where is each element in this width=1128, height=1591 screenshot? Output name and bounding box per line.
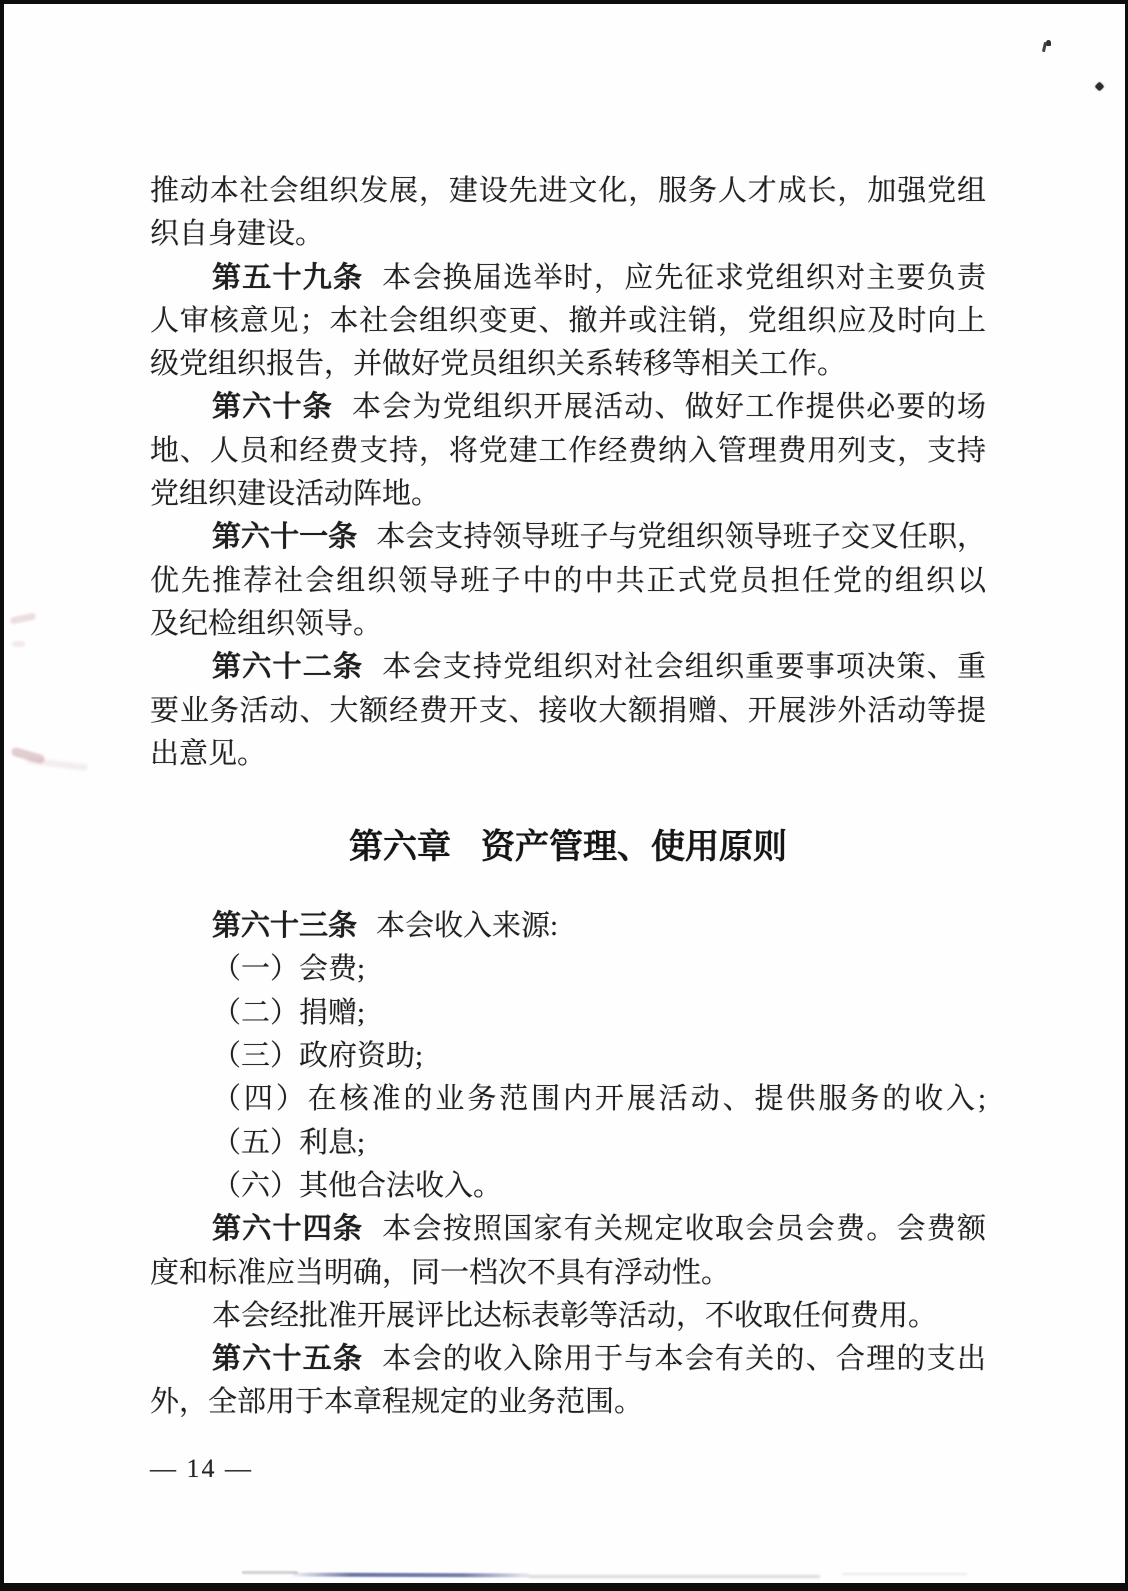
- text-line: 第六十条本会为党组织开展活动、做好工作提供必要的场: [150, 386, 986, 429]
- line-text: 本会为党组织开展活动、做好工作提供必要的场: [352, 391, 986, 423]
- text-line: 推动本社会组织发展，建设先进文化，服务人才成长，加强党组: [150, 170, 986, 213]
- text-line: 第六十二条本会支持党组织对社会组织重要事项决策、重: [150, 646, 986, 689]
- text-line: 织自身建设。: [150, 213, 986, 256]
- scan-artifact-smudge: [10, 746, 45, 764]
- text-line: （六）其他合法收入。: [150, 1165, 986, 1208]
- line-text: 要业务活动、大额经费开支、接收大额捐赠、开展涉外活动等提: [150, 695, 986, 727]
- chapter-heading: 第六章资产管理、使用原则: [150, 825, 986, 869]
- text-line: 本会经批准开展评比达标表彰等活动，不收取任何费用。: [150, 1295, 986, 1338]
- article-number: 第六十二条: [212, 651, 363, 683]
- text-line: 党组织建设活动阵地。: [150, 473, 986, 516]
- text-line: （二）捐赠;: [150, 992, 986, 1035]
- page-number: — 14 —: [150, 1451, 986, 1487]
- text-line: 外，全部用于本章程规定的业务范围。: [150, 1381, 986, 1424]
- scan-artifact-streak: [528, 1575, 820, 1578]
- scan-artifact-streak: [242, 1571, 298, 1574]
- scan-artifact-squiggle: [1042, 40, 1051, 54]
- text-line: 出意见。: [150, 733, 986, 776]
- line-text: 推动本社会组织发展，建设先进文化，服务人才成长，加强党组: [150, 175, 986, 207]
- line-text: 地、人员和经费支持，将党建工作经费纳入管理费用列支，支持: [150, 435, 986, 467]
- line-text: 本会按照国家有关规定收取会员会费。会费额: [382, 1213, 986, 1245]
- line-text: 本会收入来源:: [376, 910, 558, 942]
- line-text: 人审核意见；本社会组织变更、撤并或注销，党组织应及时向上: [150, 305, 986, 337]
- text-line: 人审核意见；本社会组织变更、撤并或注销，党组织应及时向上: [150, 300, 986, 343]
- line-text: 本会支持党组织对社会组织重要事项决策、重: [382, 651, 986, 683]
- document-text: 推动本社会组织发展，建设先进文化，服务人才成长，加强党组 织自身建设。 第五十九…: [150, 170, 986, 1487]
- text-line: 地、人员和经费支持，将党建工作经费纳入管理费用列支，支持: [150, 430, 986, 473]
- scan-artifact-dot: [1095, 82, 1105, 92]
- line-text: 外，全部用于本章程规定的业务范围。: [150, 1386, 643, 1418]
- line-text: （三）政府资助;: [212, 1040, 423, 1072]
- chapter-title: 资产管理、使用原则: [481, 828, 787, 866]
- text-line: 第六十三条本会收入来源:: [150, 905, 986, 948]
- article-number: 第六十三条: [212, 910, 357, 942]
- line-text: （四）在核准的业务范围内开展活动、提供服务的收入;: [212, 1083, 986, 1115]
- text-line: 级党组织报告，并做好党员组织关系转移等相关工作。: [150, 343, 986, 386]
- article-number: 第六十五条: [212, 1343, 363, 1375]
- line-text: 优先推荐社会组织领导班子中的中共正式党员担任党的组织以: [150, 565, 986, 597]
- line-text: 本会经批准开展评比达标表彰等活动，不收取任何费用。: [212, 1300, 937, 1332]
- article-number: 第六十条: [212, 391, 333, 423]
- text-line: （一）会费;: [150, 948, 986, 991]
- text-line: 度和标准应当明确，同一档次不具有浮动性。: [150, 1252, 986, 1295]
- scan-artifact-streak: [292, 1573, 529, 1578]
- line-text: 度和标准应当明确，同一档次不具有浮动性。: [150, 1257, 730, 1289]
- text-line: 要业务活动、大额经费开支、接收大额捐赠、开展涉外活动等提: [150, 690, 986, 733]
- article-number: 第六十四条: [212, 1213, 363, 1245]
- text-line: 第六十四条本会按照国家有关规定收取会员会费。会费额: [150, 1208, 986, 1251]
- article-number: 第六十一条: [212, 521, 357, 553]
- text-line: 第五十九条本会换届选举时，应先征求党组织对主要负责: [150, 257, 986, 300]
- line-text: 及纪检组织领导。: [150, 608, 382, 640]
- chapter-number: 第六章: [349, 828, 451, 866]
- scan-artifact-smudge: [10, 612, 37, 624]
- article-number: 第五十九条: [212, 262, 363, 294]
- line-text: 党组织建设活动阵地。: [150, 478, 440, 510]
- text-line: 第六十五条本会的收入除用于与本会有关的、合理的支出: [150, 1338, 986, 1381]
- text-line: 优先推荐社会组织领导班子中的中共正式党员担任党的组织以: [150, 560, 986, 603]
- document-page: 推动本社会组织发展，建设先进文化，服务人才成长，加强党组 织自身建设。 第五十九…: [0, 0, 1128, 1591]
- line-text: 本会支持领导班子与党组织领导班子交叉任职，: [376, 521, 986, 553]
- line-text: 级党组织报告，并做好党员组织关系转移等相关工作。: [150, 348, 846, 380]
- line-text: 织自身建设。: [150, 218, 324, 250]
- text-line: 及纪检组织领导。: [150, 603, 986, 646]
- line-text: （二）捐赠;: [212, 997, 365, 1029]
- scan-artifact-streak: [842, 1573, 967, 1575]
- text-line: （四）在核准的业务范围内开展活动、提供服务的收入;: [150, 1078, 986, 1121]
- line-text: 本会的收入除用于与本会有关的、合理的支出: [382, 1343, 986, 1375]
- line-text: 出意见。: [150, 738, 266, 770]
- line-text: （六）其他合法收入。: [212, 1170, 502, 1202]
- scan-artifact-smudge: [26, 757, 88, 771]
- text-line: （三）政府资助;: [150, 1035, 986, 1078]
- text-line: 第六十一条本会支持领导班子与党组织领导班子交叉任职，: [150, 516, 986, 559]
- line-text: （五）利息;: [212, 1127, 365, 1159]
- text-line: （五）利息;: [150, 1122, 986, 1165]
- line-text: （一）会费;: [212, 953, 365, 985]
- scan-artifact-smudge: [12, 641, 25, 647]
- line-text: 本会换届选举时，应先征求党组织对主要负责: [382, 262, 986, 294]
